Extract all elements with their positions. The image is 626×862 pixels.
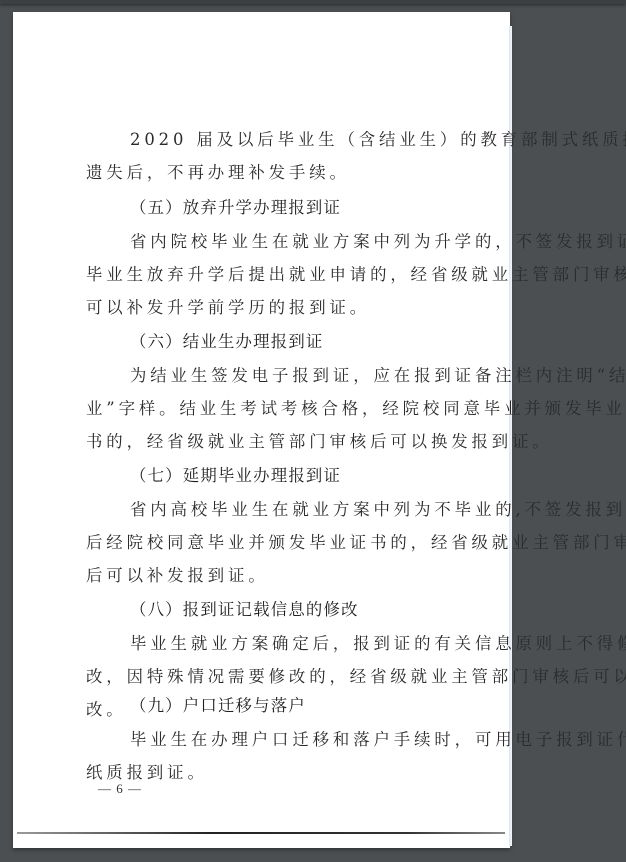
paragraph-line: 纸质报到证。 (86, 763, 208, 783)
document-tail-block: （九）户口迁移与落户 毕业生在办理户口迁移和落户手续时，可用电子报到证代替 纸质… (13, 12, 510, 848)
page-number: — 6 — (98, 781, 142, 797)
section-heading-9: （九）户口迁移与落户 (130, 696, 306, 716)
paragraph-line: 毕业生在办理户口迁移和落户手续时，可用电子报到证代替 (130, 730, 626, 750)
viewer-top-bar (0, 0, 626, 4)
